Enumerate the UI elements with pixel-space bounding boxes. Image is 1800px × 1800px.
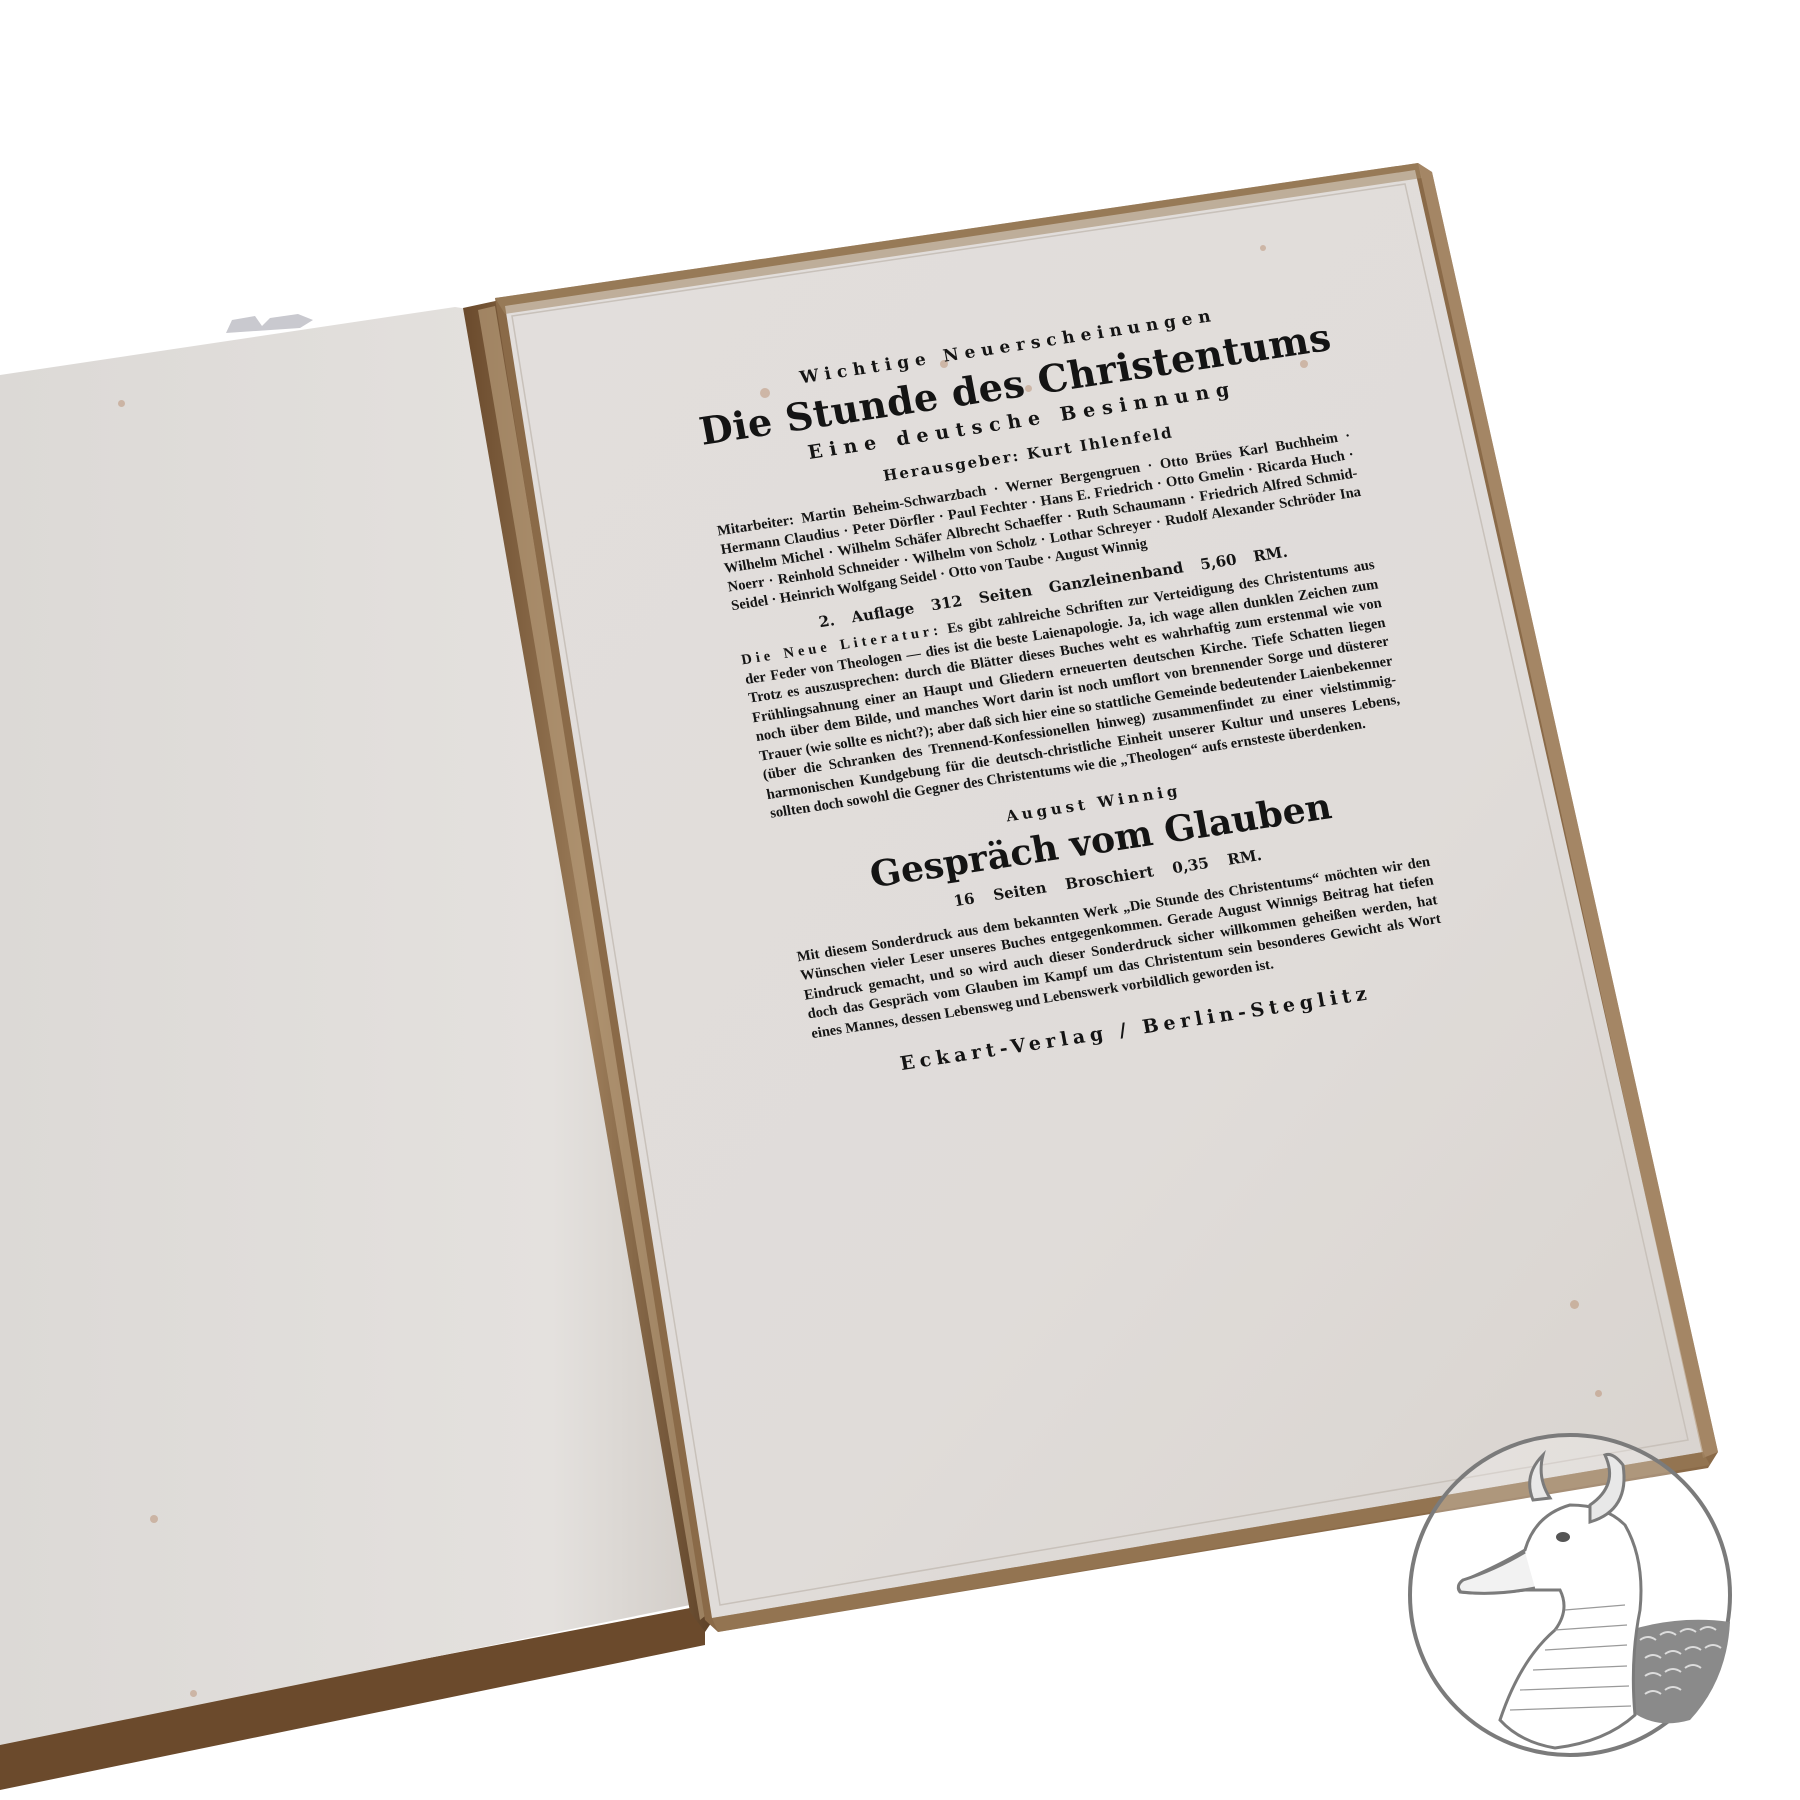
horned-duck-logo-icon	[1405, 1430, 1735, 1760]
foxing-spot	[1260, 245, 1266, 251]
foxing-spot	[190, 1690, 197, 1697]
foxing-spot	[1595, 1390, 1602, 1397]
left-page-tab	[226, 314, 313, 333]
foxing-spot	[150, 1515, 158, 1523]
foxing-spot	[118, 400, 125, 407]
advertisement-page-text: Wichtige Neuerscheinungen Die Stunde des…	[690, 289, 1454, 1087]
foxing-spot	[1570, 1300, 1579, 1309]
